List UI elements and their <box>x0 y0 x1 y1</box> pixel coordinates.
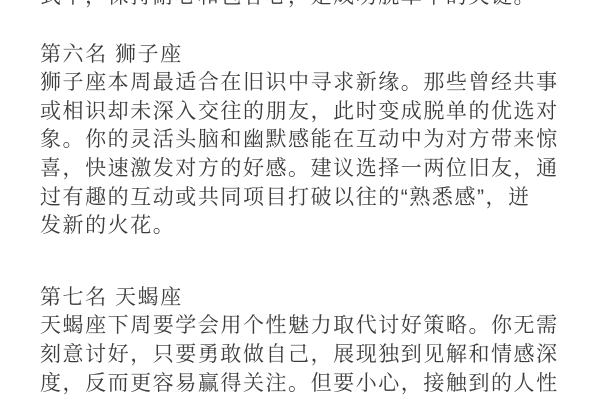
paragraph-line: 度，反而更容易赢得关注。但要小心，接触到的人性 <box>40 370 570 399</box>
section-heading: 第七名 天蝎座 <box>40 284 570 313</box>
section-rank-6-leo: 第六名 狮子座 狮子座本周最适合在旧识中寻求新缘。那些曾经共事 或相识却未深入交… <box>40 41 570 241</box>
paragraph-line: 过有趣的互动或共同项目打破以往的“熟悉感”，迸 <box>40 184 570 213</box>
paragraph-line: 刻意讨好，只要勇敢做自己，展现独到见解和情感深 <box>40 341 570 370</box>
section-rank-7-scorpio: 第七名 天蝎座 天蝎座下周要学会用个性魅力取代讨好策略。你无需 刻意讨好，只要勇… <box>40 284 570 398</box>
clipped-text-line: 式中，保持耐心和包容心，是成功脱单中的关键。 <box>40 0 570 12</box>
section-heading: 第六名 狮子座 <box>40 41 570 70</box>
paragraph-line: 或相识却未深入交往的朋友，此时变成脱单的优选对 <box>40 98 570 127</box>
paragraph-line: 喜，快速激发对方的好感。建议选择一两位旧友，通 <box>40 155 570 184</box>
paragraph-line: 象。你的灵活头脑和幽默感能在互动中为对方带来惊 <box>40 126 570 155</box>
article-content: 式中，保持耐心和包容心，是成功脱单中的关键。 第六名 狮子座 狮子座本周最适合在… <box>0 0 600 398</box>
paragraph-line: 狮子座本周最适合在旧识中寻求新缘。那些曾经共事 <box>40 69 570 98</box>
paragraph-line: 天蝎座下周要学会用个性魅力取代讨好策略。你无需 <box>40 312 570 341</box>
paragraph-line: 发新的火花。 <box>40 212 570 241</box>
article-page: 式中，保持耐心和包容心，是成功脱单中的关键。 第六名 狮子座 狮子座本周最适合在… <box>0 0 600 400</box>
